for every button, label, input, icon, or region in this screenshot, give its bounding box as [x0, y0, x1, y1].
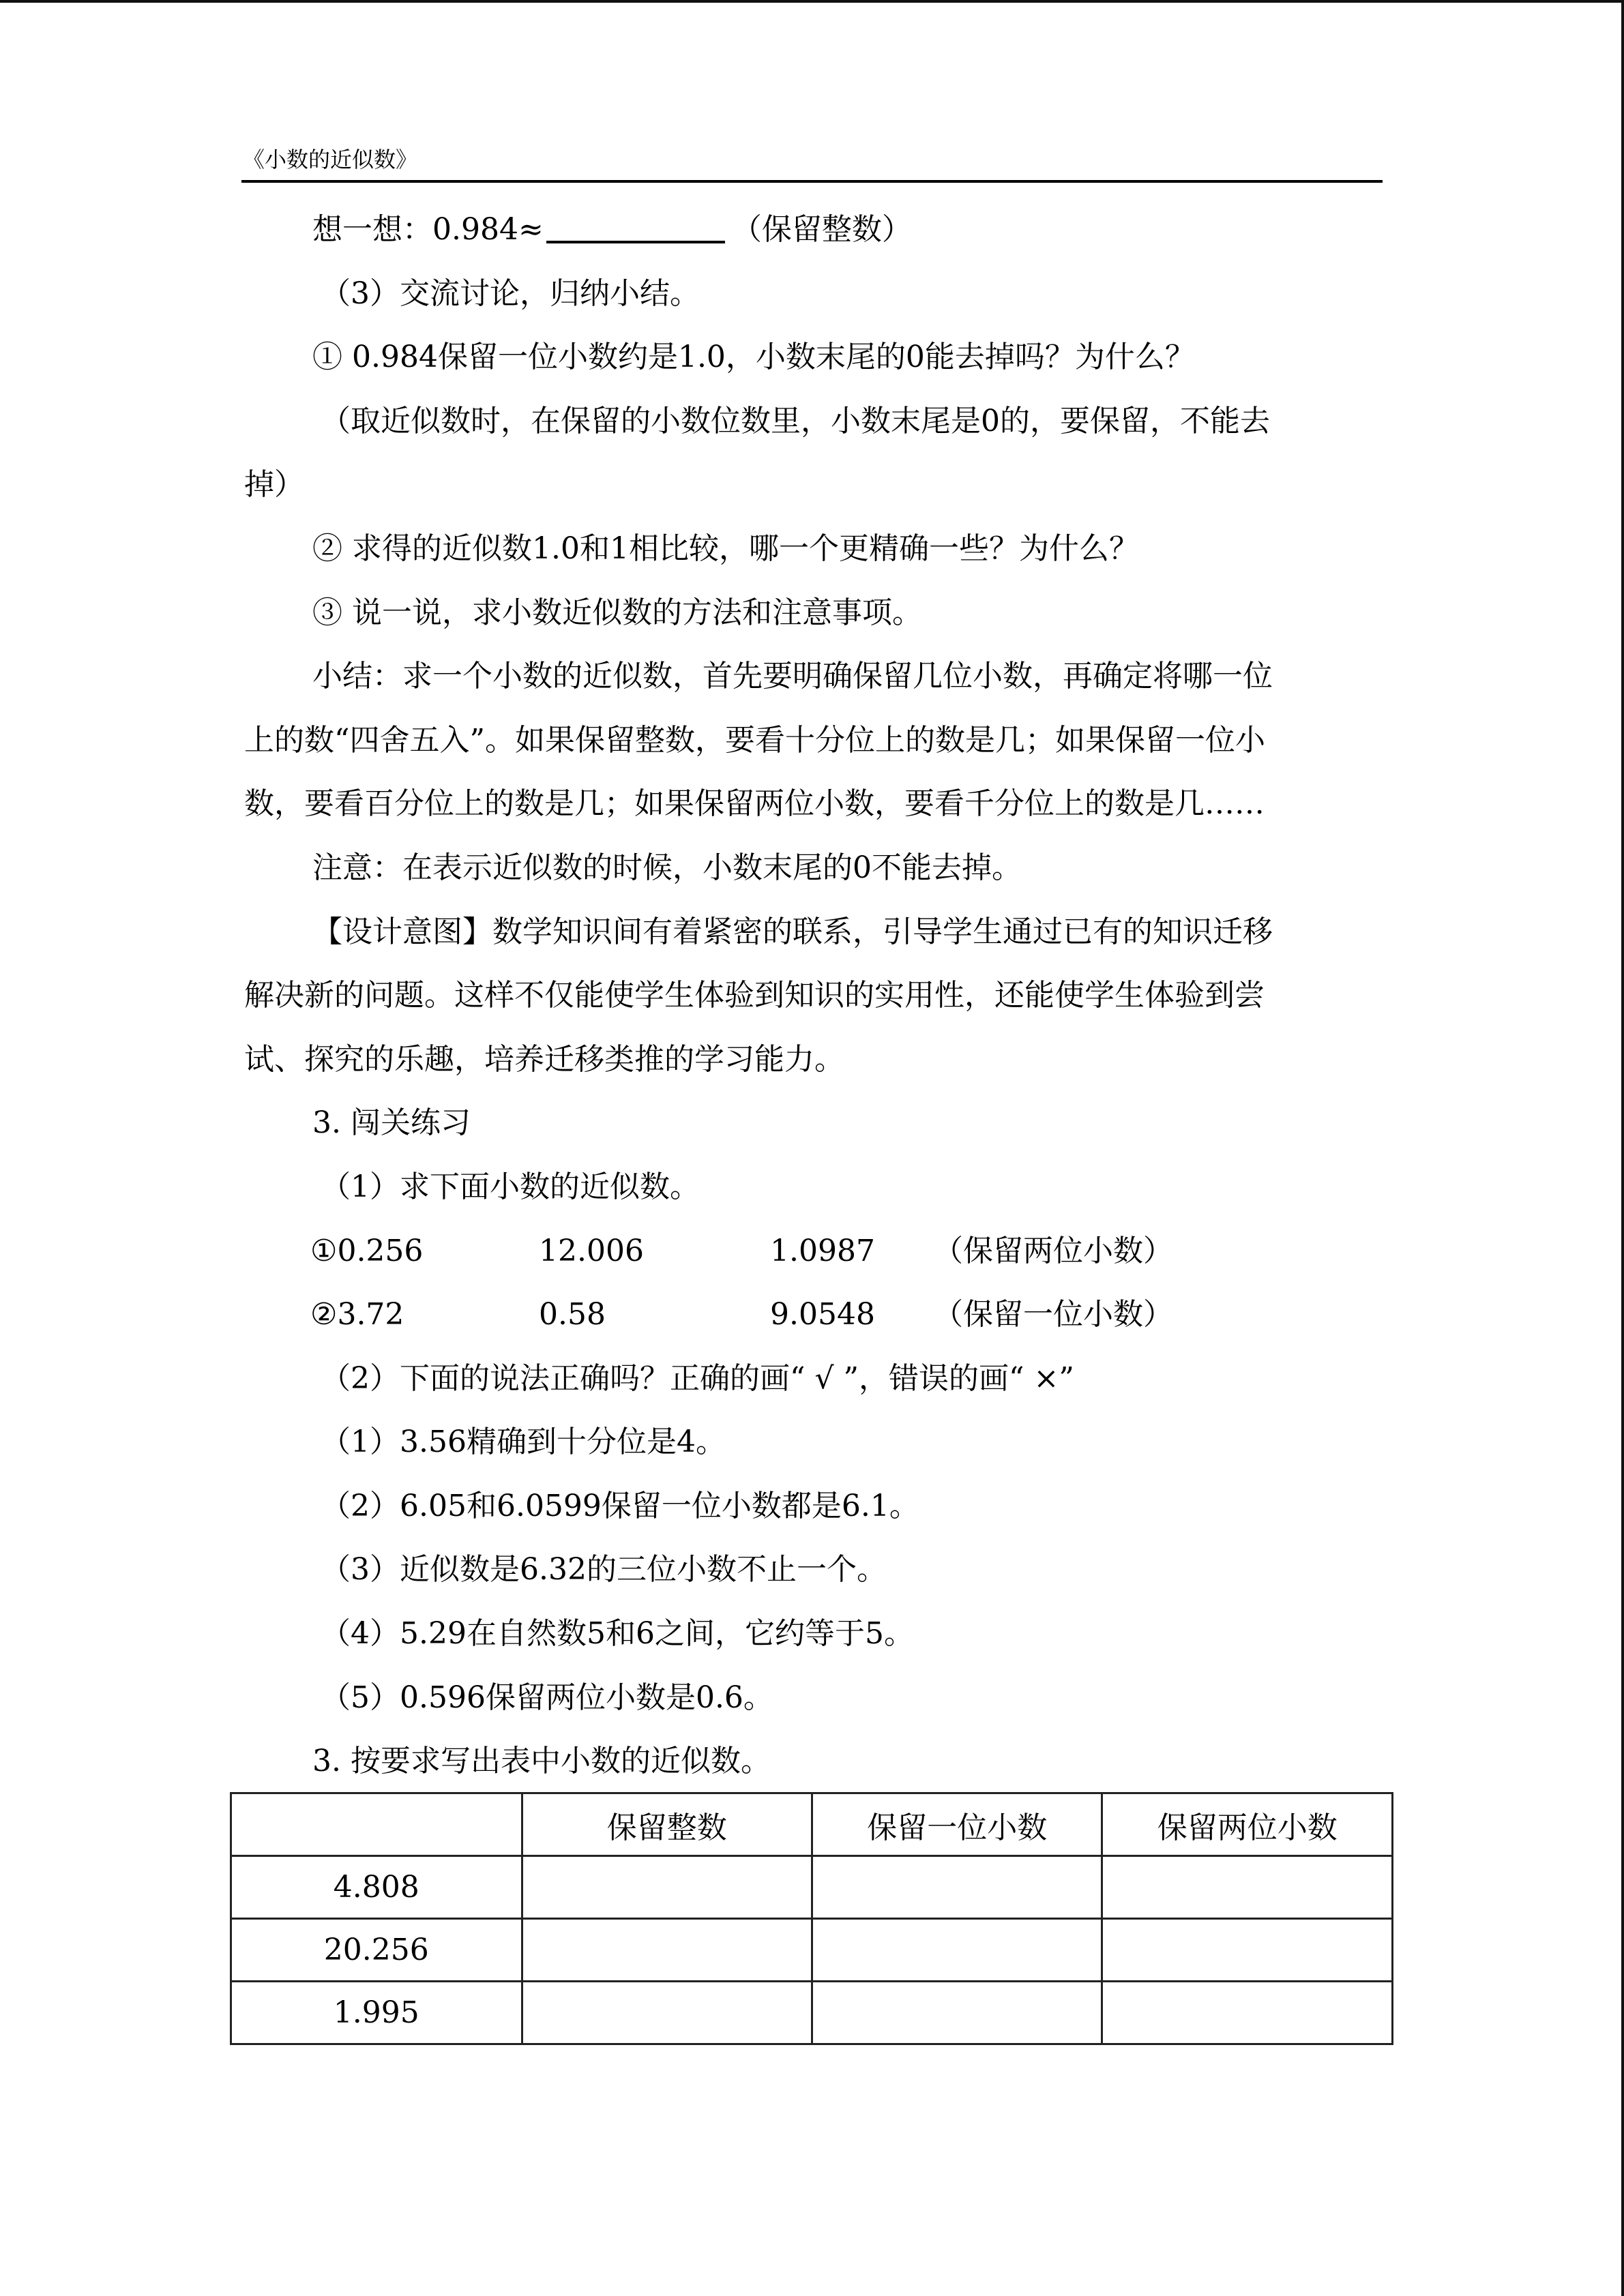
answer-cell[interactable] — [522, 1982, 812, 2044]
exercise-item: ②3.72 — [310, 1283, 404, 1347]
answer-cell[interactable] — [522, 1856, 812, 1919]
design-intent-line-2: 解决新的问题。这样不仅能使学生体验到知识的实用性，还能使学生体验到尝 — [244, 964, 1376, 1028]
exercise-item: 9.0548 — [770, 1283, 875, 1347]
discuss-line: （3）交流讨论，归纳小结。 — [244, 262, 1376, 326]
exercise-row-1: ①0.256 12.006 1.0987 （保留两位小数） — [244, 1219, 1376, 1283]
question-2: ② 求得的近似数1.0和1相比较，哪一个更精确一些？为什么？ — [244, 517, 1376, 581]
table-header-cell: 保留两位小数 — [1102, 1793, 1393, 1856]
answer-blank[interactable] — [546, 213, 725, 243]
page-border-right — [1621, 0, 1624, 2296]
table-value-cell: 4.808 — [231, 1856, 522, 1919]
question-1-answer-cont: 掉） — [244, 453, 1376, 517]
question-1-answer: （取近似数时，在保留的小数位数里，小数末尾是0的，要保留，不能去 — [244, 389, 1376, 453]
table-value-cell: 1.995 — [231, 1982, 522, 2044]
exercise-item: 1.0987 — [770, 1219, 875, 1283]
question-1: ① 0.984保留一位小数约是1.0，小数末尾的0能去掉吗？为什么？ — [244, 325, 1376, 389]
judge-statement: （3）近似数是6.32的三位小数不止一个。 — [244, 1538, 1376, 1602]
table-row: 1.995 — [231, 1982, 1393, 2044]
exercise-row-2: ②3.72 0.58 9.0548 （保留一位小数） — [244, 1283, 1376, 1347]
table-header-row: 保留整数 保留一位小数 保留两位小数 — [231, 1793, 1393, 1856]
page-border-top — [0, 0, 1624, 3]
judge-statement: （2）6.05和6.0599保留一位小数都是6.1。 — [244, 1474, 1376, 1538]
answer-cell[interactable] — [812, 1982, 1102, 2044]
exercise-item: 0.58 — [539, 1283, 606, 1347]
exercise-requirement: （保留两位小数） — [933, 1219, 1173, 1283]
table-value-cell: 20.256 — [231, 1919, 522, 1982]
design-intent-line-1: 【设计意图】数学知识间有着紧密的联系，引导学生通过已有的知识迁移 — [244, 900, 1376, 964]
think-prefix: 想一想：0.984≈ — [312, 212, 544, 247]
table-header-cell: 保留整数 — [522, 1793, 812, 1856]
document-body: 想一想：0.984≈（保留整数） （3）交流讨论，归纳小结。 ① 0.984保留… — [244, 198, 1376, 1793]
question-3: ③ 说一说，求小数近似数的方法和注意事项。 — [244, 581, 1376, 645]
design-intent-line-3: 试、探究的乐趣，培养迁移类推的学习能力。 — [244, 1028, 1376, 1092]
judge-statement: （1）3.56精确到十分位是4。 — [244, 1410, 1376, 1474]
practice-task-1: （1）求下面小数的近似数。 — [244, 1155, 1376, 1219]
exercise-item: ①0.256 — [310, 1219, 423, 1283]
think-line: 想一想：0.984≈（保留整数） — [244, 198, 1376, 262]
summary-line-1: 小结：求一个小数的近似数，首先要明确保留几位小数，再确定将哪一位 — [244, 644, 1376, 709]
answer-cell[interactable] — [812, 1856, 1102, 1919]
table-row: 20.256 — [231, 1919, 1393, 1982]
summary-line-2: 上的数“四舍五入”。如果保留整数，要看十分位上的数是几；如果保留一位小 — [244, 709, 1376, 773]
judge-statement: （5）0.596保留两位小数是0.6。 — [244, 1666, 1376, 1730]
answer-cell[interactable] — [1102, 1982, 1393, 2044]
exercise-requirement: （保留一位小数） — [933, 1283, 1173, 1347]
answer-cell[interactable] — [1102, 1856, 1393, 1919]
answer-cell[interactable] — [1102, 1919, 1393, 1982]
header-rule — [241, 180, 1383, 183]
summary-line-3: 数，要看百分位上的数是几；如果保留两位小数，要看千分位上的数是几…… — [244, 772, 1376, 836]
exercise-item: 12.006 — [539, 1219, 644, 1283]
judge-statement: （4）5.29在自然数5和6之间，它约等于5。 — [244, 1602, 1376, 1666]
table-header-cell: 保留一位小数 — [812, 1793, 1102, 1856]
judge-intro: （2）下面的说法正确吗？正确的画“ √ ”，错误的画“ ×” — [244, 1347, 1376, 1411]
table-row: 4.808 — [231, 1856, 1393, 1919]
running-header: 《小数的近似数》 — [243, 146, 417, 173]
answer-cell[interactable] — [522, 1919, 812, 1982]
table-header-cell — [231, 1793, 522, 1856]
answer-cell[interactable] — [812, 1919, 1102, 1982]
note-line: 注意：在表示近似数的时候，小数末尾的0不能去掉。 — [244, 836, 1376, 900]
think-suffix: （保留整数） — [732, 212, 912, 247]
table-task: 3. 按要求写出表中小数的近似数。 — [244, 1729, 1376, 1793]
approximation-table: 保留整数 保留一位小数 保留两位小数 4.808 20.256 1.995 — [230, 1792, 1393, 2045]
practice-title: 3. 闯关练习 — [244, 1091, 1376, 1155]
